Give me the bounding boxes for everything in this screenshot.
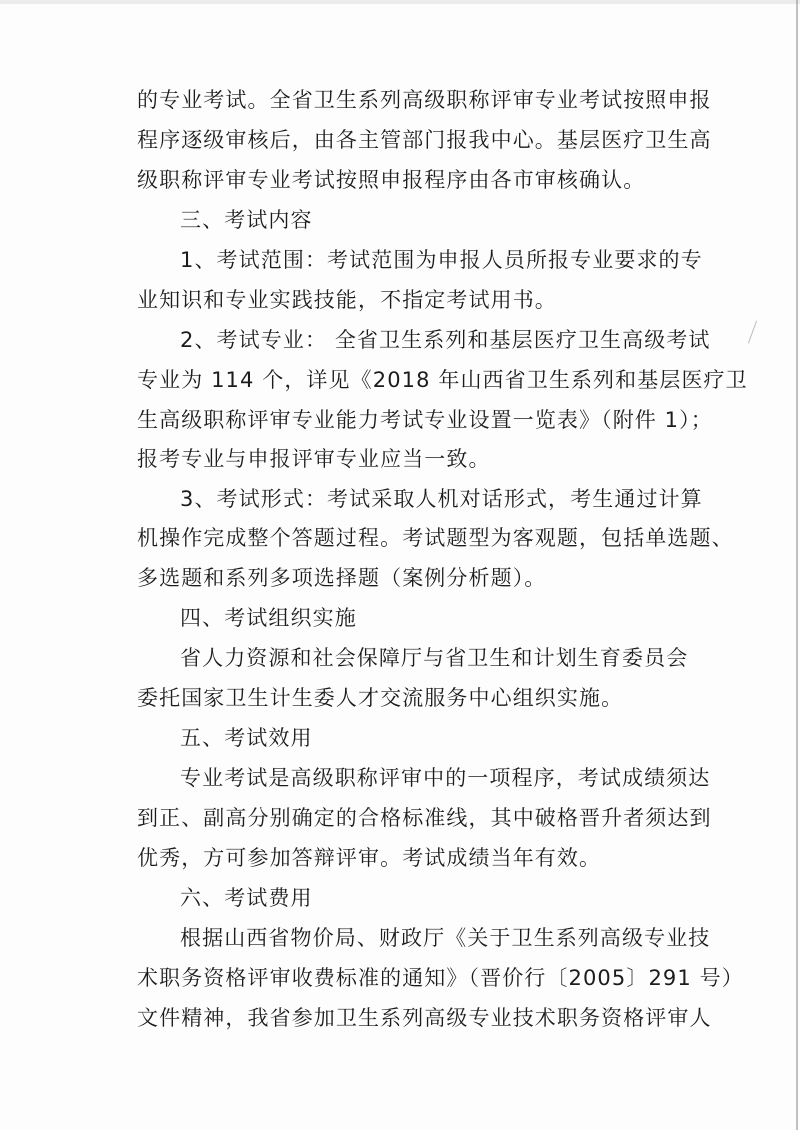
section-heading-4: 四、考试组织实施 <box>180 604 357 632</box>
paragraph-line: 1、考试范围：考试范围为申报人员所报专业要求的专 <box>180 246 703 274</box>
paragraph-line: 机操作完成整个答题过程。考试题型为客观题，包括单选题、 <box>137 524 734 552</box>
paragraph-line: 省人力资源和社会保障厅与省卫生和计划生育委员会 <box>180 644 688 672</box>
document-page: 的专业考试。全省卫生系列高级职称评审专业考试按照申报 程序逐级审核后，由各主管部… <box>0 0 800 1130</box>
paragraph-line: 业知识和专业实践技能，不指定考试用书。 <box>137 286 557 314</box>
paragraph-line: 到正、副高分别确定的合格标准线，其中破格晋升者须达到 <box>137 804 712 832</box>
paragraph-line: 2、考试专业： 全省卫生系列和基层医疗卫生高级考试 <box>180 326 711 354</box>
paragraph-line: 多选题和系列多项选择题（案例分析题）。 <box>137 564 546 592</box>
paragraph-line: 委托国家卫生计生委人才交流服务中心组织实施。 <box>137 684 623 712</box>
paragraph-line: 优秀，方可参加答辩评审。考试成绩当年有效。 <box>137 844 601 872</box>
section-heading-6: 六、考试费用 <box>180 884 313 912</box>
paragraph-line: 程序逐级审核后，由各主管部门报我中心。基层医疗卫生高 <box>137 126 712 154</box>
paragraph-line: 术职务资格评审收费标准的通知》（晋价行〔2005〕291 号） <box>137 964 744 992</box>
paragraph-line: 报考专业与申报评审专业应当一致。 <box>137 445 491 473</box>
paragraph-line: 文件精神，我省参加卫生系列高级专业技术职务资格评审人 <box>137 1004 712 1032</box>
scan-right-edge <box>796 0 798 1130</box>
section-heading-3: 三、考试内容 <box>180 206 313 234</box>
paragraph-line: 专业考试是高级职称评审中的一项程序，考试成绩须达 <box>180 764 710 792</box>
paragraph-line: 根据山西省物价局、财政厅《关于卫生系列高级专业技 <box>180 924 710 952</box>
paragraph-line: 级职称评审专业考试按照申报程序由各市审核确认。 <box>137 166 645 194</box>
scan-artifact-mark <box>748 321 757 344</box>
paragraph-line: 生高级职称评审专业能力考试专业设置一览表》（附件 1）； <box>137 406 713 434</box>
paragraph-line: 专业为 114 个，详见《2018 年山西省卫生系列和基层医疗卫 <box>137 366 748 394</box>
paragraph-line: 的专业考试。全省卫生系列高级职称评审专业考试按照申报 <box>137 86 712 114</box>
scan-top-edge <box>0 0 800 4</box>
section-heading-5: 五、考试效用 <box>180 724 313 752</box>
paragraph-line: 3、考试形式：考试采取人机对话形式，考生通过计算 <box>180 485 703 513</box>
